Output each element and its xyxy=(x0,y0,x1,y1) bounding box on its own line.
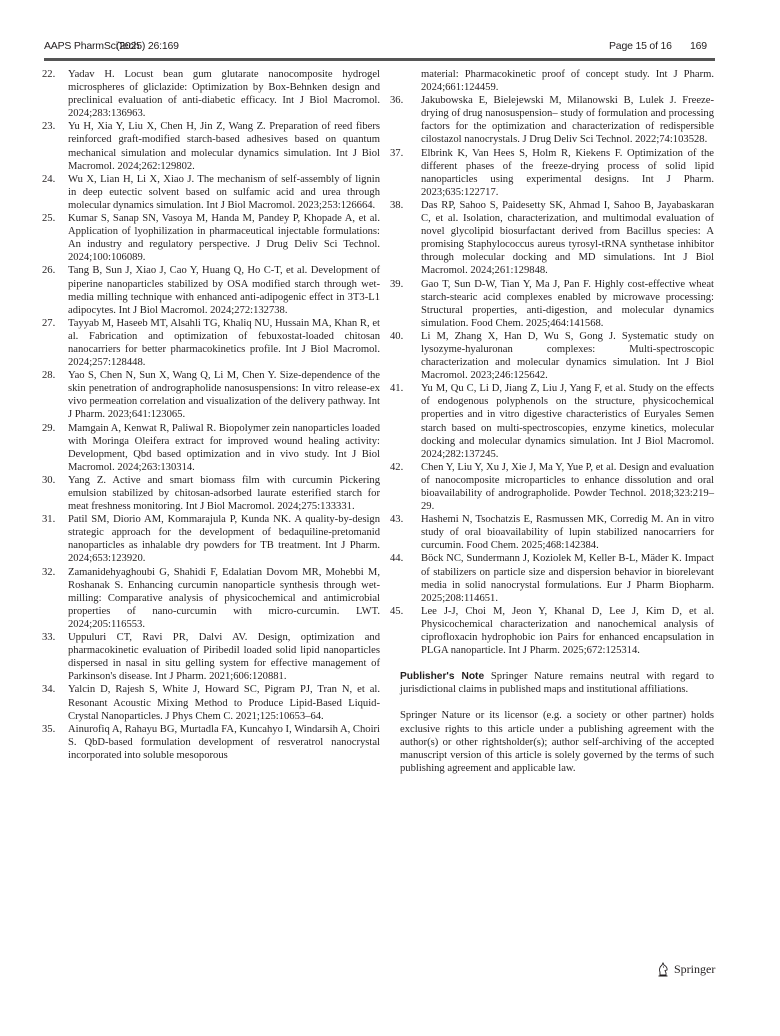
springer-wordmark: Springer xyxy=(674,962,715,977)
page-indicator: Page 15 of 16 xyxy=(609,40,672,52)
reference-item: 44.Böck NC, Sundermann J, Koziolek M, Ke… xyxy=(400,552,714,604)
reference-item: 40.Li M, Zhang X, Han D, Wu S, Gong J. S… xyxy=(400,330,714,382)
references-right-column: material: Pharmacokinetic proof of conce… xyxy=(400,68,714,775)
springer-knight-icon xyxy=(657,962,670,977)
reference-continuation: material: Pharmacokinetic proof of conce… xyxy=(400,68,714,94)
article-number: 169 xyxy=(690,40,707,52)
reference-item: 30.Yang Z. Active and smart biomass film… xyxy=(40,474,380,513)
article-citation: (2025) 26:169 xyxy=(116,40,179,52)
reference-item: 25.Kumar S, Sanap SN, Vasoya M, Handa M,… xyxy=(40,212,380,264)
reference-item: 28.Yao S, Chen N, Sun X, Wang Q, Li M, C… xyxy=(40,369,380,421)
reference-item: 26.Tang B, Sun J, Xiao J, Cao Y, Huang Q… xyxy=(40,264,380,316)
publishers-note-label: Publisher's Note xyxy=(400,671,484,682)
reference-item: 45.Lee J-J, Choi M, Jeon Y, Khanal D, Le… xyxy=(400,605,714,657)
reference-item: 22.Yadav H. Locust bean gum glutarate na… xyxy=(40,68,380,120)
reference-item: 24.Wu X, Lian H, Li X, Xiao J. The mecha… xyxy=(40,173,380,212)
reference-item: 36.Jakubowska E, Bielejewski M, Milanows… xyxy=(400,94,714,146)
reference-item: 42.Chen Y, Liu Y, Xu J, Xie J, Ma Y, Yue… xyxy=(400,461,714,513)
reference-item: 39.Gao T, Sun D-W, Tian Y, Ma J, Pan F. … xyxy=(400,278,714,330)
reference-item: 29.Mamgain A, Kenwat R, Paliwal R. Biopo… xyxy=(40,422,380,474)
references-left-column: 22.Yadav H. Locust bean gum glutarate na… xyxy=(40,68,380,762)
reference-item: 33.Uppuluri CT, Ravi PR, Dalvi AV. Desig… xyxy=(40,631,380,683)
reference-item: 32.Zamanidehyaghoubi G, Shahidi F, Edala… xyxy=(40,566,380,631)
reference-item: 43.Hashemi N, Tsochatzis E, Rasmussen MK… xyxy=(400,513,714,552)
header-rule xyxy=(44,58,715,61)
rights-statement: Springer Nature or its licensor (e.g. a … xyxy=(400,709,714,774)
reference-item: 35.Ainurofiq A, Rahayu BG, Murtadla FA, … xyxy=(40,723,380,762)
springer-logo: Springer xyxy=(657,962,715,977)
reference-item: 31.Patil SM, Diorio AM, Kommarajula P, K… xyxy=(40,513,380,565)
reference-item: 23.Yu H, Xia Y, Liu X, Chen H, Jin Z, Wa… xyxy=(40,120,380,172)
publishers-note: Publisher's Note Springer Nature remains… xyxy=(400,670,714,696)
reference-item: 37.Elbrink K, Van Hees S, Holm R, Kieken… xyxy=(400,147,714,199)
reference-item: 34.Yalcin D, Rajesh S, White J, Howard S… xyxy=(40,683,380,722)
reference-item: 27.Tayyab M, Haseeb MT, Alsahli TG, Khal… xyxy=(40,317,380,369)
reference-item: 41.Yu M, Qu C, Li D, Jiang Z, Liu J, Yan… xyxy=(400,382,714,461)
reference-item: 38.Das RP, Sahoo S, Paidesetty SK, Ahmad… xyxy=(400,199,714,278)
